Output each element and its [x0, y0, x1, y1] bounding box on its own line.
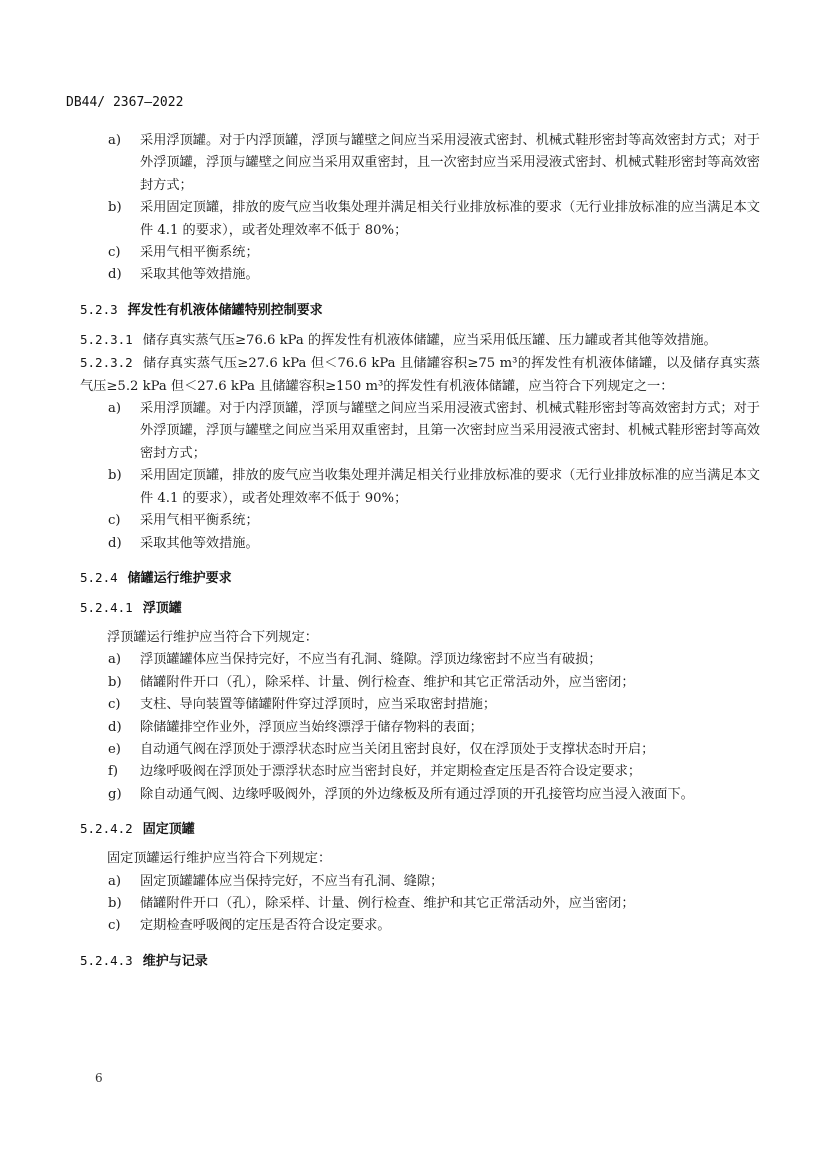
list-item: a)固定顶罐罐体应当保持完好，不应当有孔洞、缝隙；: [80, 871, 760, 893]
section-heading-5-2-4-1: 5.2.4.1浮顶罐: [80, 597, 760, 619]
item-text: 储罐附件开口（孔），除采样、计量、例行检查、维护和其它正常活动外，应当密闭；: [140, 675, 635, 690]
document-code-header: DB44/ 2367—2022: [66, 95, 183, 110]
item-label: b): [108, 893, 122, 915]
item-label: a): [108, 130, 121, 152]
section-heading-5-2-4-2: 5.2.4.2固定顶罐: [80, 818, 760, 840]
clause-5-2-3-1: 5.2.3.1储存真实蒸气压≥76.6 kPa 的挥发性有机液体储罐，应当采用低…: [80, 329, 760, 352]
item-text: 浮顶罐罐体应当保持完好，不应当有孔洞、缝隙。浮顶边缘密封不应当有破损；: [140, 652, 602, 667]
item-label: b): [108, 197, 122, 219]
item-label: d): [108, 533, 122, 555]
list-item: d)采取其他等效措施。: [80, 533, 760, 555]
list-item: d)采取其他等效措施。: [80, 264, 760, 286]
list-item: c)采用气相平衡系统；: [80, 510, 760, 532]
item-text: 采取其他等效措施。: [140, 267, 259, 282]
section-title: 挥发性有机液体储罐特别控制要求: [128, 303, 323, 318]
list-item: d)除储罐排空作业外，浮顶应当始终漂浮于储存物料的表面；: [80, 717, 760, 739]
item-label: b): [108, 672, 122, 694]
clause-number: 5.2.3.1: [80, 332, 133, 347]
list-5-2-4-1: a)浮顶罐罐体应当保持完好，不应当有孔洞、缝隙。浮顶边缘密封不应当有破损； b)…: [80, 649, 760, 806]
list-item: c)定期检查呼吸阀的定压是否符合设定要求。: [80, 915, 760, 937]
clause-text: 储存真实蒸气压≥27.6 kPa 但＜76.6 kPa 且储罐容积≥75 m³的…: [80, 356, 760, 393]
item-text: 采用固定顶罐，排放的废气应当收集处理并满足相关行业排放标准的要求（无行业排放标准…: [140, 200, 760, 237]
item-text: 采用浮顶罐。对于内浮顶罐，浮顶与罐壁之间应当采用浸液式密封、机械式鞋形密封等高效…: [140, 401, 760, 461]
list-item: a)采用浮顶罐。对于内浮顶罐，浮顶与罐壁之间应当采用浸液式密封、机械式鞋形密封等…: [80, 398, 760, 465]
clause-5-2-3-2: 5.2.3.2储存真实蒸气压≥27.6 kPa 但＜76.6 kPa 且储罐容积…: [80, 352, 760, 398]
list-item: a)浮顶罐罐体应当保持完好，不应当有孔洞、缝隙。浮顶边缘密封不应当有破损；: [80, 649, 760, 671]
item-text: 除储罐排空作业外，浮顶应当始终漂浮于储存物料的表面；: [140, 720, 483, 735]
section-number: 5.2.4: [80, 567, 118, 589]
item-text: 自动通气阀在浮顶处于漂浮状态时应当关闭且密封良好，仅在浮顶处于支撑状态时开启；: [140, 742, 654, 757]
section-title: 维护与记录: [143, 954, 208, 969]
section-number: 5.2.4.2: [80, 818, 133, 840]
item-text: 储罐附件开口（孔），除采样、计量、例行检查、维护和其它正常活动外，应当密闭；: [140, 896, 635, 911]
list-item: e)自动通气阀在浮顶处于漂浮状态时应当关闭且密封良好，仅在浮顶处于支撑状态时开启…: [80, 739, 760, 761]
section-number: 5.2.3: [80, 299, 118, 321]
list-item: b)储罐附件开口（孔），除采样、计量、例行检查、维护和其它正常活动外，应当密闭；: [80, 672, 760, 694]
section-title: 储罐运行维护要求: [128, 571, 232, 586]
item-text: 采用固定顶罐，排放的废气应当收集处理并满足相关行业排放标准的要求（无行业排放标准…: [140, 468, 760, 505]
section-heading-5-2-4: 5.2.4储罐运行维护要求: [80, 567, 760, 589]
item-label: d): [108, 264, 122, 286]
item-text: 采用气相平衡系统；: [140, 245, 259, 260]
clause-text: 储存真实蒸气压≥76.6 kPa 的挥发性有机液体储罐，应当采用低压罐、压力罐或…: [143, 333, 717, 348]
list-item: b)储罐附件开口（孔），除采样、计量、例行检查、维护和其它正常活动外，应当密闭；: [80, 893, 760, 915]
item-label: c): [108, 915, 121, 937]
section-number: 5.2.4.3: [80, 950, 133, 972]
item-label: f): [108, 761, 118, 783]
item-text: 采取其他等效措施。: [140, 536, 259, 551]
item-label: c): [108, 510, 121, 532]
list-block1: a)采用浮顶罐。对于内浮顶罐，浮顶与罐壁之间应当采用浸液式密封、机械式鞋形密封等…: [80, 130, 760, 287]
item-label: g): [108, 784, 122, 806]
clause-number: 5.2.3.2: [80, 355, 133, 370]
item-text: 采用气相平衡系统；: [140, 513, 259, 528]
item-label: e): [108, 739, 121, 761]
item-label: c): [108, 242, 121, 264]
item-label: c): [108, 694, 121, 716]
section-heading-5-2-3: 5.2.3挥发性有机液体储罐特别控制要求: [80, 299, 760, 321]
list-item: b)采用固定顶罐，排放的废气应当收集处理并满足相关行业排放标准的要求（无行业排放…: [80, 197, 760, 242]
item-label: a): [108, 649, 121, 671]
section-title: 固定顶罐: [143, 822, 195, 837]
item-text: 支柱、导向装置等储罐附件穿过浮顶时，应当采取密封措施；: [140, 697, 496, 712]
item-label: d): [108, 717, 122, 739]
intro-text: 固定顶罐运行维护应当符合下列规定：: [80, 848, 760, 870]
list-item: b)采用固定顶罐，排放的废气应当收集处理并满足相关行业排放标准的要求（无行业排放…: [80, 465, 760, 510]
item-text: 边缘呼吸阀在浮顶处于漂浮状态时应当密封良好，并定期检查定压是否符合设定要求；: [140, 764, 641, 779]
list-5-2-4-2: a)固定顶罐罐体应当保持完好，不应当有孔洞、缝隙； b)储罐附件开口（孔），除采…: [80, 871, 760, 938]
page-number: 6: [95, 1071, 103, 1085]
list-item: c)支柱、导向装置等储罐附件穿过浮顶时，应当采取密封措施；: [80, 694, 760, 716]
page-content: a)采用浮顶罐。对于内浮顶罐，浮顶与罐壁之间应当采用浸液式密封、机械式鞋形密封等…: [80, 130, 760, 972]
item-label: a): [108, 398, 121, 420]
list-item: c)采用气相平衡系统；: [80, 242, 760, 264]
intro-text: 浮顶罐运行维护应当符合下列规定：: [80, 627, 760, 649]
list-item: a)采用浮顶罐。对于内浮顶罐，浮顶与罐壁之间应当采用浸液式密封、机械式鞋形密封等…: [80, 130, 760, 197]
item-label: b): [108, 465, 122, 487]
list-5-2-3-2: a)采用浮顶罐。对于内浮顶罐，浮顶与罐壁之间应当采用浸液式密封、机械式鞋形密封等…: [80, 398, 760, 555]
list-item: f)边缘呼吸阀在浮顶处于漂浮状态时应当密封良好，并定期检查定压是否符合设定要求；: [80, 761, 760, 783]
item-label: a): [108, 871, 121, 893]
section-number: 5.2.4.1: [80, 597, 133, 619]
item-text: 固定顶罐罐体应当保持完好，不应当有孔洞、缝隙；: [140, 874, 443, 889]
section-title: 浮顶罐: [143, 601, 182, 616]
section-heading-5-2-4-3: 5.2.4.3维护与记录: [80, 950, 760, 972]
list-item: g)除自动通气阀、边缘呼吸阀外，浮顶的外边缘板及所有通过浮顶的开孔接管均应当浸入…: [80, 784, 760, 806]
item-text: 除自动通气阀、边缘呼吸阀外，浮顶的外边缘板及所有通过浮顶的开孔接管均应当浸入液面…: [140, 787, 694, 802]
item-text: 采用浮顶罐。对于内浮顶罐，浮顶与罐壁之间应当采用浸液式密封、机械式鞋形密封等高效…: [140, 133, 760, 193]
item-text: 定期检查呼吸阀的定压是否符合设定要求。: [140, 918, 391, 933]
